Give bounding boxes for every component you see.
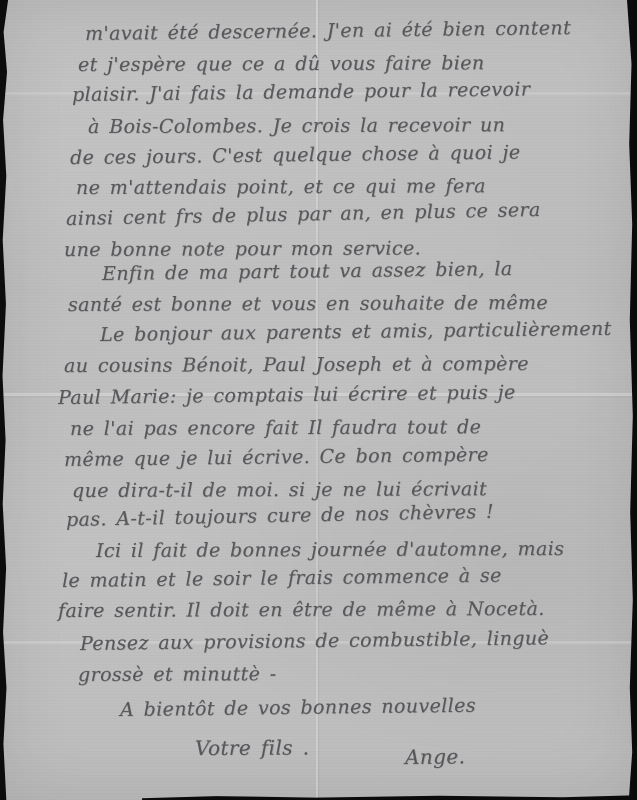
letter-line: ainsi cent frs de plus par an, en plus c… bbox=[66, 199, 541, 230]
letter-line: A bientôt de vos bonnes nouvelles bbox=[120, 695, 476, 721]
letter-line: pas. A-t-il toujours cure de nos chèvres… bbox=[66, 501, 494, 531]
scanned-letter-page: m'avait été descernée. J'en ai été bien … bbox=[0, 0, 637, 800]
letter-body: m'avait été descernée. J'en ai été bien … bbox=[0, 0, 637, 800]
letter-line: grossè et minuttè - bbox=[78, 663, 277, 686]
letter-line: que dira-t-il de moi. si je ne lui écriv… bbox=[72, 478, 487, 502]
letter-line: à Bois-Colombes. Je crois la recevoir un bbox=[88, 114, 505, 138]
letter-line: le matin et le soir le frais commence à … bbox=[62, 565, 502, 592]
letter-line: Pensez aux provisions de combustible, li… bbox=[80, 627, 549, 655]
letter-line: Enfin de ma part tout va assez bien, la bbox=[102, 258, 513, 285]
letter-line: une bonne note pour mon service. bbox=[64, 237, 421, 261]
letter-line: Paul Marie: je comptais lui écrire et pu… bbox=[58, 381, 516, 409]
letter-line: Ici il fait de bonnes journée d'automne,… bbox=[96, 538, 564, 562]
signature-closing: Votre fils . bbox=[195, 736, 310, 760]
letter-line: plaisir. J'ai fais la demande pour la re… bbox=[72, 78, 531, 106]
letter-line: santé est bonne et vous en souhaite de m… bbox=[68, 292, 548, 316]
letter-line: de ces jours. C'est quelque chose à quoi… bbox=[70, 141, 521, 169]
signature-name: Ange. bbox=[405, 744, 466, 769]
letter-line: ne m'attendais point, et ce qui me fera bbox=[76, 175, 486, 199]
letter-line: même que je lui écrive. Ce bon compère bbox=[64, 444, 489, 471]
letter-line: ne l'ai pas encore fait Il faudra tout d… bbox=[70, 416, 481, 440]
letter-line: et j'espère que ce a dû vous faire bien bbox=[78, 52, 485, 76]
letter-line: au cousins Bénoit, Paul Joseph et à comp… bbox=[64, 353, 529, 377]
letter-line: Le bonjour aux parents et amis, particul… bbox=[100, 318, 612, 346]
letter-line: faire sentir. Il doit en être de même à … bbox=[58, 598, 545, 622]
letter-line: m'avait été descernée. J'en ai été bien … bbox=[85, 17, 571, 45]
